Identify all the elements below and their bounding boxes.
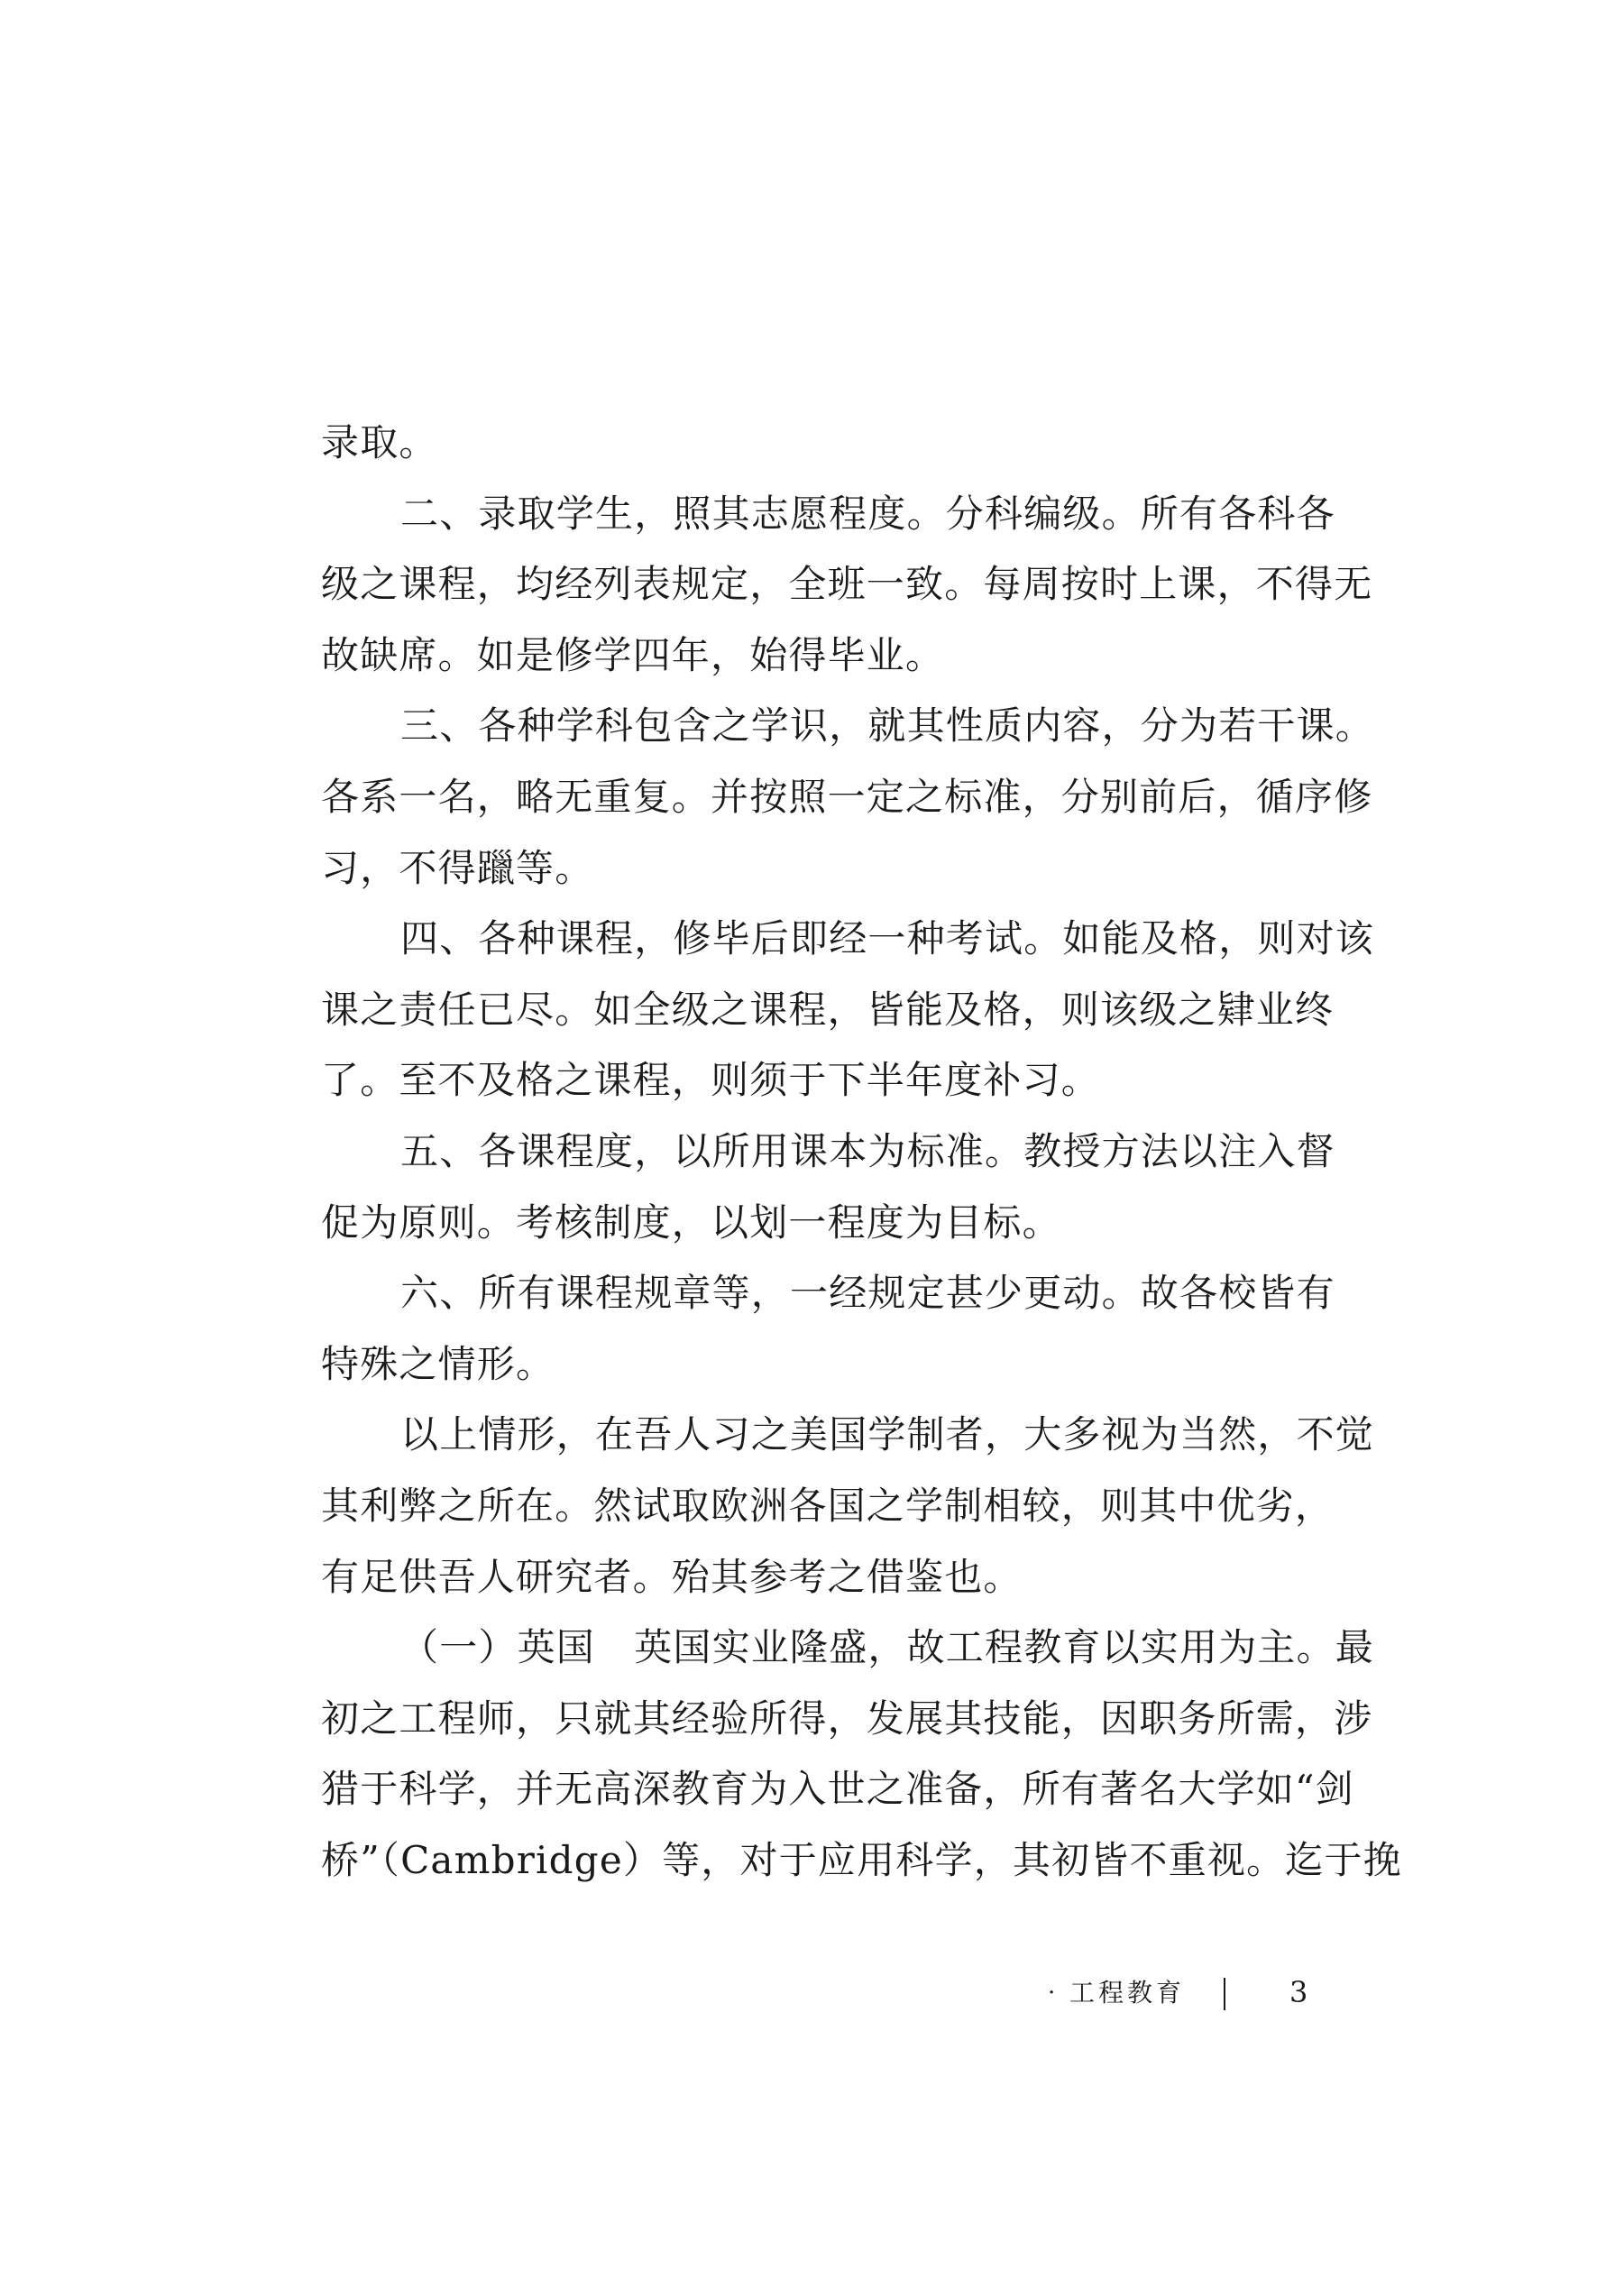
text-line: 习，不得躐等。 [321,833,1304,905]
text-line: 初之工程师，只就其经验所得，发展其技能，因职务所需，涉 [321,1684,1304,1755]
text-line: 故缺席。如是修学四年，始得毕业。 [321,620,1304,692]
text-line: 录取。 [321,408,1304,479]
text-line: （一）英国 英国实业隆盛，故工程教育以实用为主。最 [321,1613,1304,1684]
text-line: 级之课程，均经列表规定，全班一致。每周按时上课，不得无 [321,549,1304,620]
text-line: 有足供吾人研究者。殆其参考之借鉴也。 [321,1542,1304,1613]
text-line: 特殊之情形。 [321,1329,1304,1401]
bullet-icon: · [1048,1980,1055,2007]
text-line: 四、各种课程，修毕后即经一种考试。如能及格，则对该 [321,904,1304,975]
text-line: 课之责任已尽。如全级之课程，皆能及格，则该级之肄业终 [321,975,1304,1046]
text-line: 二、录取学生，照其志愿程度。分科编级。所有各科各 [321,479,1304,550]
body-text: 录取。 二、录取学生，照其志愿程度。分科编级。所有各科各 级之课程，均经列表规定… [321,408,1304,1896]
text-line: 猎于科学，并无高深教育为入世之准备，所有著名大学如“剑 [321,1754,1304,1825]
text-line: 以上情形，在吾人习之美国学制者，大多视为当然，不觉 [321,1400,1304,1471]
text-line: 各系一名，略无重复。并按照一定之标准，分别前后，循序修 [321,762,1304,833]
page-number: 3 [1289,1976,1307,2008]
text-line: 三、各种学科包含之学识，就其性质内容，分为若干课。 [321,691,1304,762]
footer-divider [1224,1978,1225,2010]
text-line: 桥”（Cambridge）等，对于应用科学，其初皆不重视。迄于挽 [321,1825,1304,1897]
text-line: 六、所有课程规章等，一经规定甚少更动。故各校皆有 [321,1258,1304,1329]
page-footer: · 工程教育 3 [1037,1971,1307,2016]
text-line: 了。至不及格之课程，则须于下半年度补习。 [321,1045,1304,1117]
text-line: 其利弊之所在。然试取欧洲各国之学制相较，则其中优劣， [321,1471,1304,1542]
document-page: 录取。 二、录取学生，照其志愿程度。分科编级。所有各科各 级之课程，均经列表规定… [0,0,1624,2279]
text-line: 五、各课程度，以所用课本为标准。教授方法以注入督 [321,1117,1304,1188]
running-section-title: 工程教育 [1069,1978,1185,2008]
text-line: 促为原则。考核制度，以划一程度为目标。 [321,1188,1304,1259]
